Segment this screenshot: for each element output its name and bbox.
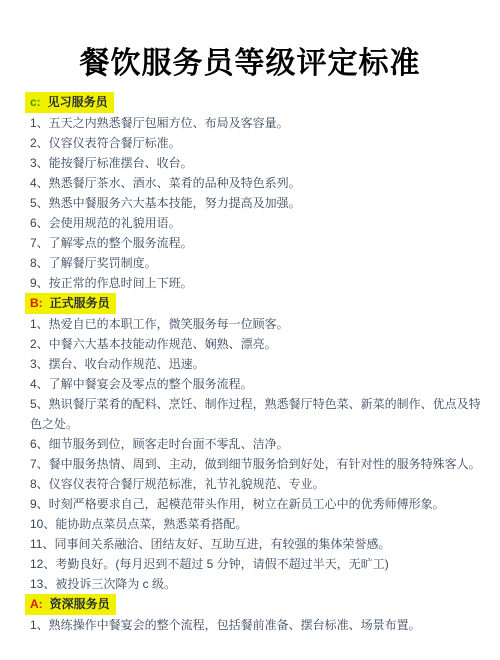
list-item: 11、同事间关系融洽、团结友好、互助互进，有较强的集体荣誉感。	[30, 534, 484, 554]
list-item: 1、五天之内熟悉餐厅包厢方位、布局及客容量。	[30, 113, 484, 133]
list-item: 6、会使用规范的礼貌用语。	[30, 213, 484, 233]
list-item: 7、餐中服务热情、周到、主动，做到细节服务恰到好处，有针对性的服务特殊客人。	[30, 454, 484, 474]
list-item: 5、熟悉中餐服务六大基本技能，努力提高及加强。	[30, 193, 484, 213]
list-item: 8、仪容仪表符合餐厅规范标准，礼节礼貌规范、专业。	[30, 474, 484, 494]
section-a-header: A:资深服务员	[30, 594, 484, 615]
section-b-header: B:正式服务员	[30, 293, 484, 314]
list-item: 6、细节服务到位，顾客走时台面不零乱、洁净。	[30, 434, 484, 454]
list-item: 3、摆台、收台动作规范、迅速。	[30, 354, 484, 374]
list-item: 4、了解中餐宴会及零点的整个服务流程。	[30, 374, 484, 394]
content: c:见习服务员 1、五天之内熟悉餐厅包厢方位、布局及客容量。 2、仪容仪表符合餐…	[0, 92, 500, 635]
list-item: 1、熟练操作中餐宴会的整个流程，包括餐前准备、摆台标准、场景布置。	[30, 615, 484, 635]
list-item: 9、按正常的作息时间上下班。	[30, 273, 484, 293]
list-item: 3、能按餐厅标准摆台、收台。	[30, 153, 484, 173]
section-name: 正式服务员	[50, 296, 110, 310]
page-title: 餐饮服务员等级评定标准	[0, 0, 500, 82]
section-name: 见习服务员	[48, 95, 108, 109]
document-page: 餐饮服务员等级评定标准 c:见习服务员 1、五天之内熟悉餐厅包厢方位、布局及客容…	[0, 0, 500, 660]
list-item: 12、考勤良好。(每月迟到不超过 5 分钟，请假不超过半天，无旷工)	[30, 554, 484, 574]
list-item: 1、热爱自已的本职工作，微笑服务每一位顾客。	[30, 314, 484, 334]
list-item: 13、被投诉三次降为 c 级。	[30, 574, 484, 594]
list-item: 2、中餐六大基本技能动作规范、娴熟、漂亮。	[30, 334, 484, 354]
grade-letter: B:	[30, 296, 43, 310]
list-item: 5、熟识餐厅菜肴的配料、烹饪、制作过程，熟悉餐厅特色菜、新菜的制作、优点及特色之…	[30, 394, 484, 434]
section-c-label: c:见习服务员	[25, 92, 114, 113]
list-item: 4、熟悉餐厅茶水、酒水、菜肴的品种及特色系列。	[30, 173, 484, 193]
section-b-label: B:正式服务员	[25, 293, 116, 314]
section-a-label: A:资深服务员	[25, 594, 116, 615]
list-item: 9、时刻严格要求自己，起模范带头作用，树立在新员工心中的优秀师傅形象。	[30, 494, 484, 514]
grade-letter: A:	[30, 597, 43, 611]
section-c-header: c:见习服务员	[30, 92, 484, 113]
list-item: 10、能协助点菜员点菜，熟悉菜肴搭配。	[30, 514, 484, 534]
section-name: 资深服务员	[50, 597, 110, 611]
list-item: 2、仪容仪表符合餐厅标准。	[30, 133, 484, 153]
list-item: 7、了解零点的整个服务流程。	[30, 233, 484, 253]
list-item: 8、了解餐厅奖罚制度。	[30, 253, 484, 273]
grade-letter: c:	[30, 95, 41, 109]
